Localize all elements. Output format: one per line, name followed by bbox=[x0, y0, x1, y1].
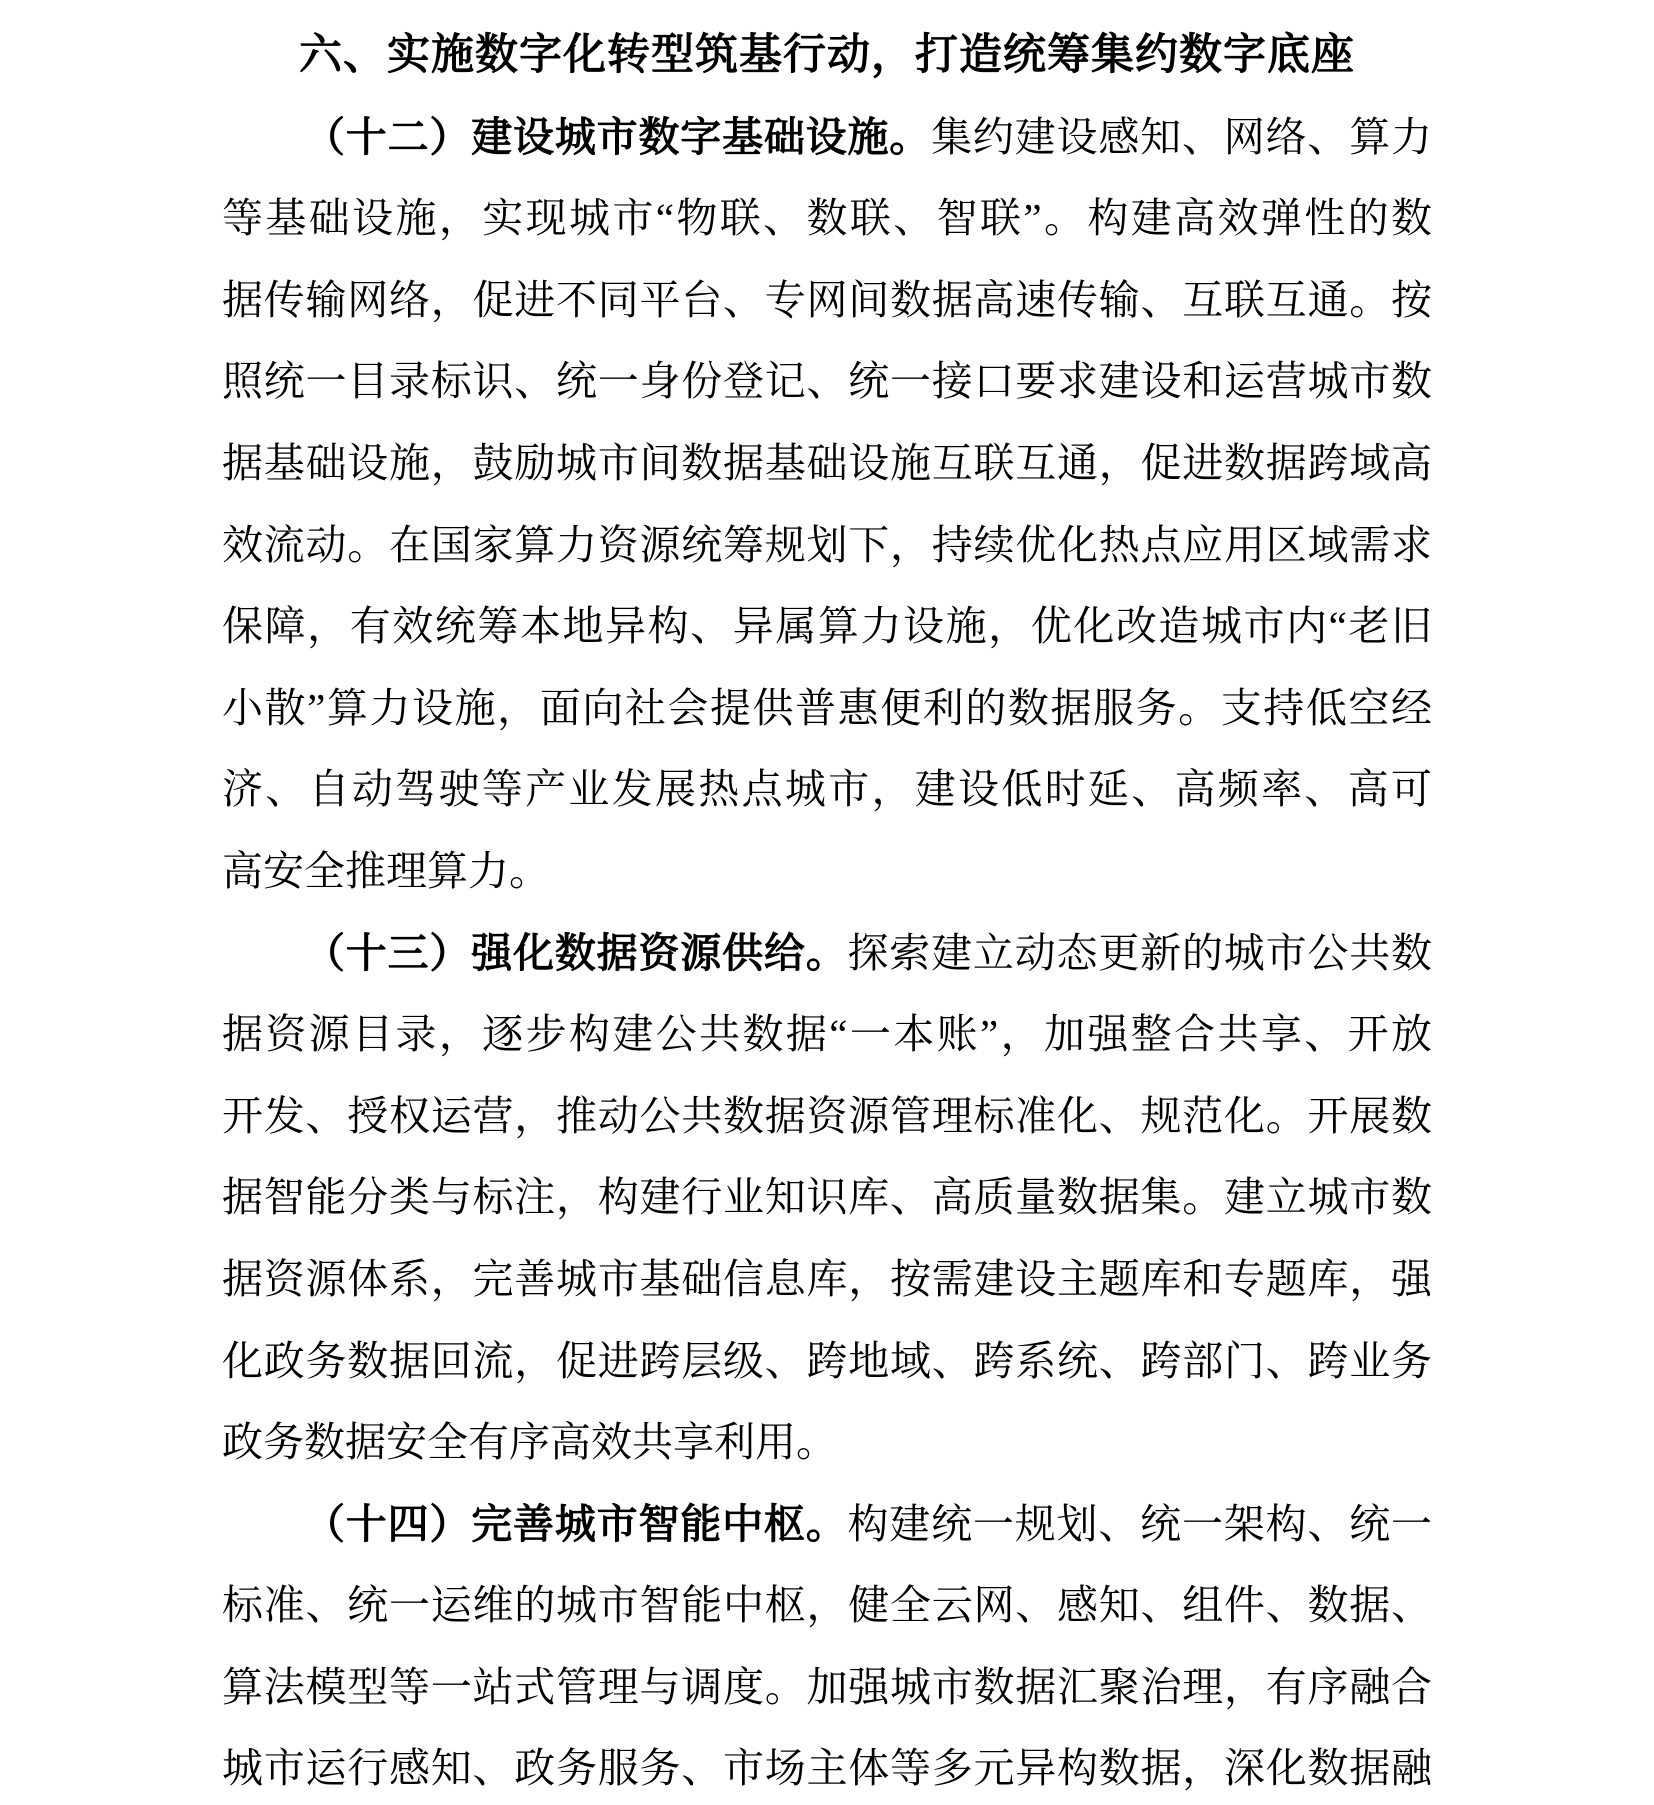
paragraph-line: 效流动。在国家算力资源统筹规划下，持续优化热点应用区域需求 bbox=[222, 505, 1432, 587]
paragraph-14: （十四）完善城市智能中枢。构建统一规划、统一架构、统一 标准、统一运维的城市智能… bbox=[222, 1484, 1432, 1805]
document-content: 六、实施数字化转型筑基行动，打造统筹集约数字底座 （十二）建设城市数字基础设施。… bbox=[222, 15, 1432, 1805]
paragraph-text: 探索建立动态更新的城市公共数 bbox=[848, 930, 1433, 976]
paragraph-12: （十二）建设城市数字基础设施。集约建设感知、网络、算力 等基础设施，实现城市“物… bbox=[222, 97, 1432, 913]
paragraph-line: 据资源体系，完善城市基础信息库，按需建设主题库和专题库，强 bbox=[222, 1239, 1432, 1321]
paragraph-line: 化政务数据回流，促进跨层级、跨地域、跨系统、跨部门、跨业务 bbox=[222, 1321, 1432, 1403]
paragraph-line: （十四）完善城市智能中枢。构建统一规划、统一架构、统一 bbox=[222, 1484, 1432, 1566]
paragraph-line: 算法模型等一站式管理与调度。加强城市数据汇聚治理，有序融合 bbox=[222, 1647, 1432, 1729]
section-heading: 六、实施数字化转型筑基行动，打造统筹集约数字底座 bbox=[222, 15, 1432, 97]
paragraph-line: 保障，有效统筹本地异构、异属算力设施，优化改造城市内“老旧 bbox=[222, 586, 1432, 668]
paragraph-line: 小散”算力设施，面向社会提供普惠便利的数据服务。支持低空经 bbox=[222, 668, 1432, 750]
paragraph-line: 政务数据安全有序高效共享利用。 bbox=[222, 1402, 1432, 1484]
document-page: 六、实施数字化转型筑基行动，打造统筹集约数字底座 （十二）建设城市数字基础设施。… bbox=[0, 0, 1654, 1805]
paragraph-lead: （十四）完善城市智能中枢。 bbox=[304, 1501, 848, 1547]
paragraph-text: 构建统一规划、统一架构、统一 bbox=[848, 1501, 1433, 1547]
paragraph-text: 集约建设感知、网络、算力 bbox=[931, 114, 1432, 160]
paragraph-line: 据传输网络，促进不同平台、专网间数据高速传输、互联互通。按 bbox=[222, 260, 1432, 342]
paragraph-line: 据资源目录，逐步构建公共数据“一本账”，加强整合共享、开放 bbox=[222, 994, 1432, 1076]
paragraph-13: （十三）强化数据资源供给。探索建立动态更新的城市公共数 据资源目录，逐步构建公共… bbox=[222, 913, 1432, 1484]
paragraph-line: 开发、授权运营，推动公共数据资源管理标准化、规范化。开展数 bbox=[222, 1076, 1432, 1158]
paragraph-lead: （十三）强化数据资源供给。 bbox=[304, 930, 848, 976]
paragraph-line: （十二）建设城市数字基础设施。集约建设感知、网络、算力 bbox=[222, 97, 1432, 179]
paragraph-lead: （十二）建设城市数字基础设施。 bbox=[304, 114, 931, 160]
paragraph-line: 城市运行感知、政务服务、市场主体等多元异构数据，深化数据融 bbox=[222, 1728, 1432, 1805]
paragraph-line: 据智能分类与标注，构建行业知识库、高质量数据集。建立城市数 bbox=[222, 1157, 1432, 1239]
paragraph-line: （十三）强化数据资源供给。探索建立动态更新的城市公共数 bbox=[222, 913, 1432, 995]
paragraph-line: 照统一目录标识、统一身份登记、统一接口要求建设和运营城市数 bbox=[222, 341, 1432, 423]
paragraph-line: 据基础设施，鼓励城市间数据基础设施互联互通，促进数据跨域高 bbox=[222, 423, 1432, 505]
paragraph-line: 标准、统一运维的城市智能中枢，健全云网、感知、组件、数据、 bbox=[222, 1565, 1432, 1647]
paragraph-line: 高安全推理算力。 bbox=[222, 831, 1432, 913]
paragraph-line: 济、自动驾驶等产业发展热点城市，建设低时延、高频率、高可靠、 bbox=[222, 749, 1432, 831]
paragraph-line: 等基础设施，实现城市“物联、数联、智联”。构建高效弹性的数 bbox=[222, 178, 1432, 260]
